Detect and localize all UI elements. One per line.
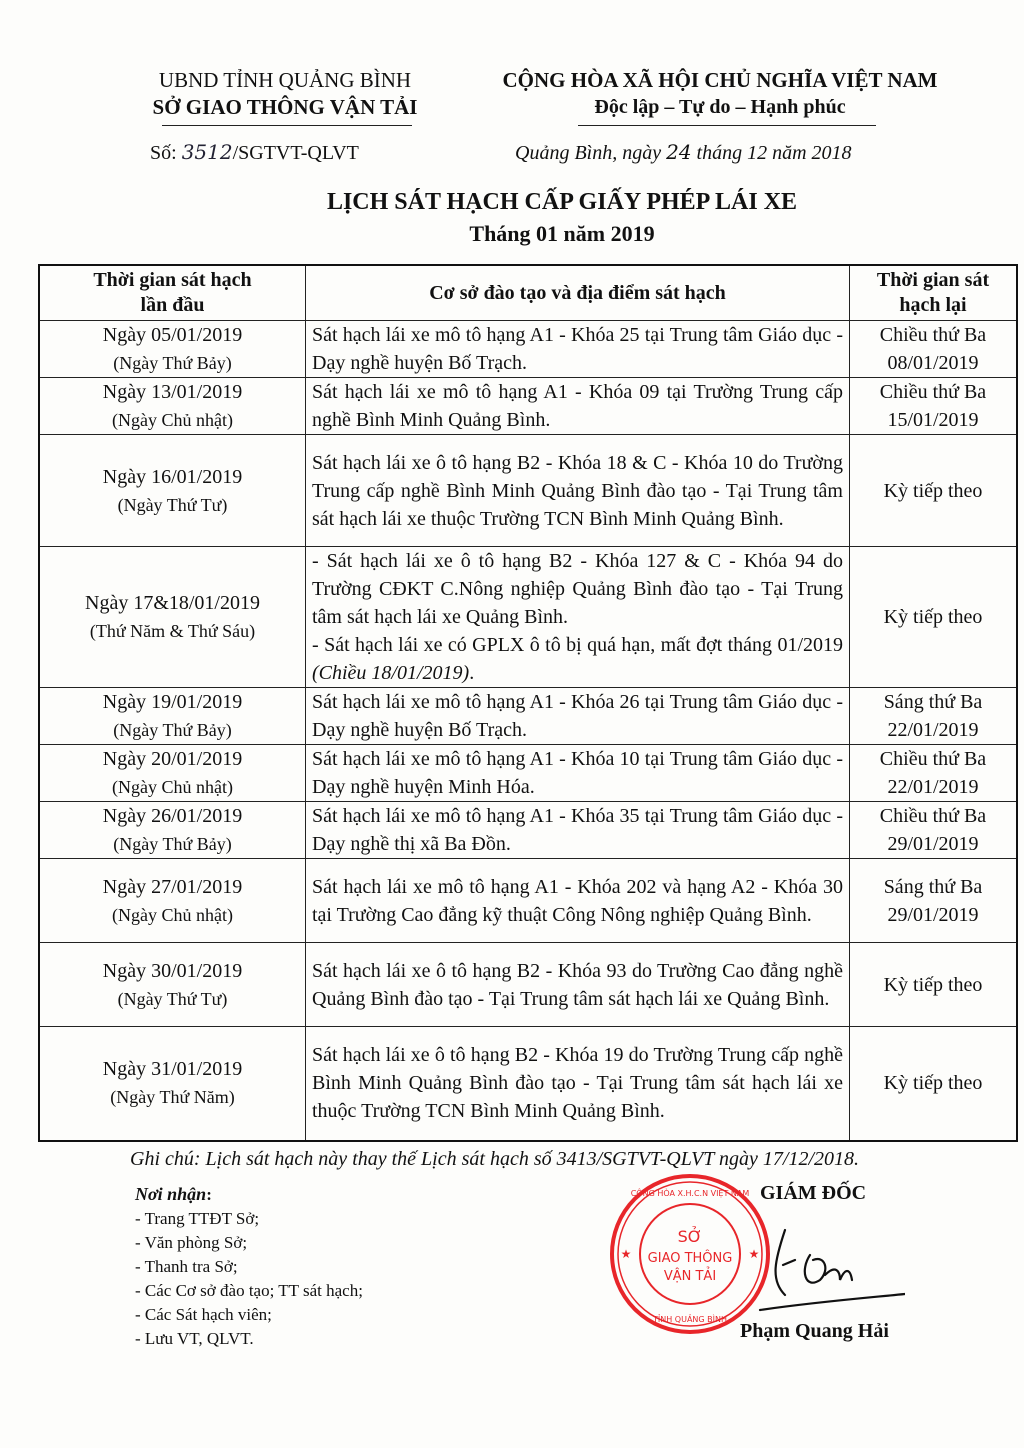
- table-row: Ngày 30/01/2019 (Ngày Thứ Tư) Sát hạch l…: [39, 943, 1017, 1027]
- venue-cell: - Sát hạch lái xe ô tô hạng B2 - Khóa 12…: [306, 547, 850, 688]
- exam-date: Ngày 19/01/2019: [103, 691, 242, 713]
- col-header-first-exam: Thời gian sát hạch lần đầu: [39, 265, 306, 321]
- doc-no-handwritten: 3512: [182, 140, 233, 164]
- document-number: Số: 3512/SGTVT-QLVT: [150, 140, 359, 165]
- col-header-retest: Thời gian sát hạch lại: [850, 265, 1018, 321]
- exam-weekday: (Ngày Chủ nhật): [46, 773, 299, 801]
- retest-date: 29/01/2019: [887, 904, 978, 926]
- retest-time: Sáng thứ Ba: [884, 691, 983, 713]
- svg-text:★: ★: [621, 1247, 632, 1261]
- exam-weekday: (Ngày Chủ nhật): [46, 406, 299, 434]
- first-exam-cell: Ngày 26/01/2019 (Ngày Thứ Bảy): [39, 802, 306, 859]
- retest-date: 22/01/2019: [887, 719, 978, 741]
- retest-time: Kỳ tiếp theo: [884, 1072, 983, 1094]
- exam-weekday: (Ngày Thứ Bảy): [46, 716, 299, 744]
- table-row: Ngày 31/01/2019 (Ngày Thứ Năm) Sát hạch …: [39, 1027, 1017, 1141]
- venue-cell: Sát hạch lái xe mô tô hạng A1 - Khóa 35 …: [306, 802, 850, 859]
- venue-text: Sát hạch lái xe mô tô hạng A1 - Khóa 26 …: [312, 691, 843, 741]
- recipient-item: - Các Cơ sở đào tạo; TT sát hạch;: [135, 1279, 363, 1303]
- exam-weekday: (Ngày Chủ nhật): [46, 901, 299, 929]
- venue-text: - Sát hạch lái xe ô tô hạng B2 - Khóa 12…: [312, 547, 843, 631]
- recipients-colon: :: [206, 1185, 212, 1204]
- venue-cell: Sát hạch lái xe mô tô hạng A1 - Khóa 09 …: [306, 378, 850, 435]
- retest-time: Chiều thứ Ba: [880, 324, 986, 346]
- retest-time: Kỳ tiếp theo: [884, 480, 983, 502]
- issuing-authority: UBND TỈNH QUẢNG BÌNH SỞ GIAO THÔNG VẬN T…: [120, 66, 450, 120]
- exam-weekday: (Ngày Thứ Bảy): [46, 830, 299, 858]
- venue-text-2-time: (Chiều 18/01/2019): [312, 662, 469, 684]
- table-row: Ngày 26/01/2019 (Ngày Thứ Bảy) Sát hạch …: [39, 802, 1017, 859]
- table-row: Ngày 05/01/2019 (Ngày Thứ Bảy) Sát hạch …: [39, 321, 1017, 378]
- venue-text: Sát hạch lái xe mô tô hạng A1 - Khóa 35 …: [312, 805, 843, 855]
- svg-text:SỞ: SỞ: [678, 1226, 703, 1246]
- retest-cell: Sáng thứ Ba 22/01/2019: [850, 688, 1018, 745]
- retest-cell: Kỳ tiếp theo: [850, 435, 1018, 547]
- venue-text: Sát hạch lái xe ô tô hạng B2 - Khóa 19 d…: [312, 1044, 843, 1122]
- doc-no-prefix: Số:: [150, 142, 182, 164]
- exam-weekday: (Ngày Thứ Tư): [46, 491, 299, 519]
- exam-schedule-table: Thời gian sát hạch lần đầu Cơ sở đào tạo…: [38, 264, 1018, 1142]
- venue-cell: Sát hạch lái xe mô tô hạng A1 - Khóa 25 …: [306, 321, 850, 378]
- nation-line-2: Độc lập – Tự do – Hạnh phúc: [440, 94, 1000, 120]
- retest-date: 08/01/2019: [887, 352, 978, 374]
- venue-text: Sát hạch lái xe mô tô hạng A1 - Khóa 202…: [312, 876, 843, 926]
- retest-cell: Chiều thứ Ba 15/01/2019: [850, 378, 1018, 435]
- svg-text:TỈNH QUẢNG BÌNH: TỈNH QUẢNG BÌNH: [652, 1313, 727, 1324]
- exam-weekday: (Ngày Thứ Tư): [46, 985, 299, 1013]
- venue-text: Sát hạch lái xe ô tô hạng B2 - Khóa 18 &…: [312, 452, 843, 530]
- table-row: Ngày 17&18/01/2019 (Thứ Năm & Thứ Sáu) -…: [39, 547, 1017, 688]
- title-line-2: Tháng 01 năm 2019: [0, 218, 1024, 250]
- recipient-item: - Văn phòng Sở;: [135, 1231, 363, 1255]
- first-exam-cell: Ngày 27/01/2019 (Ngày Chủ nhật): [39, 859, 306, 943]
- place-prefix: Quảng Bình, ngày: [515, 142, 666, 164]
- svg-text:GIAO THÔNG: GIAO THÔNG: [648, 1250, 733, 1266]
- venue-text: Sát hạch lái xe mô tô hạng A1 - Khóa 09 …: [312, 381, 843, 431]
- exam-date: Ngày 20/01/2019: [103, 748, 242, 770]
- exam-weekday: (Thứ Năm & Thứ Sáu): [46, 617, 299, 645]
- exam-date: Ngày 17&18/01/2019: [85, 592, 260, 614]
- retest-date: 22/01/2019: [887, 776, 978, 798]
- retest-time: Sáng thứ Ba: [884, 876, 983, 898]
- signatory-name: Phạm Quang Hải: [740, 1320, 889, 1343]
- recipients-heading: Nơi nhận: [135, 1184, 206, 1204]
- table-row: Ngày 20/01/2019 (Ngày Chủ nhật) Sát hạch…: [39, 745, 1017, 802]
- retest-cell: Sáng thứ Ba 29/01/2019: [850, 859, 1018, 943]
- exam-date: Ngày 05/01/2019: [103, 324, 242, 346]
- first-exam-cell: Ngày 17&18/01/2019 (Thứ Năm & Thứ Sáu): [39, 547, 306, 688]
- table-row: Ngày 27/01/2019 (Ngày Chủ nhật) Sát hạch…: [39, 859, 1017, 943]
- recipient-item: - Các Sát hạch viên;: [135, 1303, 363, 1327]
- venue-cell: Sát hạch lái xe mô tô hạng A1 - Khóa 10 …: [306, 745, 850, 802]
- org-line-2: SỞ GIAO THÔNG VẬN TẢI: [120, 94, 450, 120]
- doc-no-suffix: /SGTVT-QLVT: [233, 142, 359, 164]
- exam-date: Ngày 13/01/2019: [103, 381, 242, 403]
- venue-text: Sát hạch lái xe ô tô hạng B2 - Khóa 93 d…: [312, 960, 843, 1010]
- retest-time: Chiều thứ Ba: [880, 805, 986, 827]
- retest-time: Chiều thứ Ba: [880, 381, 986, 403]
- recipient-item: - Trang TTĐT Sở;: [135, 1207, 363, 1231]
- first-exam-cell: Ngày 05/01/2019 (Ngày Thứ Bảy): [39, 321, 306, 378]
- retest-cell: Kỳ tiếp theo: [850, 943, 1018, 1027]
- exam-date: Ngày 16/01/2019: [103, 466, 242, 488]
- nation-line-1: CỘNG HÒA XÃ HỘI CHỦ NGHĨA VIỆT NAM: [440, 66, 1000, 94]
- table-header-row: Thời gian sát hạch lần đầu Cơ sở đào tạo…: [39, 265, 1017, 321]
- exam-date: Ngày 31/01/2019: [103, 1058, 242, 1080]
- table-row: Ngày 16/01/2019 (Ngày Thứ Tư) Sát hạch l…: [39, 435, 1017, 547]
- svg-text:VẬN TẢI: VẬN TẢI: [664, 1267, 716, 1284]
- exam-weekday: (Ngày Thứ Bảy): [46, 349, 299, 377]
- national-motto: CỘNG HÒA XÃ HỘI CHỦ NGHĨA VIỆT NAM Độc l…: [440, 66, 1000, 120]
- retest-date: 29/01/2019: [887, 833, 978, 855]
- svg-text:CỘNG HÒA X.H.C.N VIỆT NAM: CỘNG HÒA X.H.C.N VIỆT NAM: [631, 1187, 750, 1199]
- venue-cell: Sát hạch lái xe ô tô hạng B2 - Khóa 18 &…: [306, 435, 850, 547]
- retest-date: 15/01/2019: [887, 409, 978, 431]
- first-exam-cell: Ngày 19/01/2019 (Ngày Thứ Bảy): [39, 688, 306, 745]
- venue-cell: Sát hạch lái xe ô tô hạng B2 - Khóa 93 d…: [306, 943, 850, 1027]
- venue-text-2-end: .: [469, 662, 474, 684]
- org-underline: [162, 125, 412, 126]
- venue-text: Sát hạch lái xe mô tô hạng A1 - Khóa 10 …: [312, 748, 843, 798]
- retest-time: Kỳ tiếp theo: [884, 974, 983, 996]
- venue-text-2-main: - Sát hạch lái xe có GPLX ô tô bị quá hạ…: [312, 634, 843, 656]
- handwritten-signature-icon: [755, 1210, 905, 1320]
- table-row: Ngày 13/01/2019 (Ngày Chủ nhật) Sát hạch…: [39, 378, 1017, 435]
- place-day-handwritten: 24: [666, 140, 691, 164]
- org-line-1: UBND TỈNH QUẢNG BÌNH: [120, 66, 450, 94]
- note: Ghi chú: Lịch sát hạch này thay thế Lịch…: [130, 1148, 859, 1171]
- official-stamp-icon: SỞ GIAO THÔNG VẬN TẢI ★ ★ CỘNG HÒA X.H.C…: [608, 1172, 772, 1336]
- first-exam-cell: Ngày 20/01/2019 (Ngày Chủ nhật): [39, 745, 306, 802]
- exam-date: Ngày 26/01/2019: [103, 805, 242, 827]
- document-title: LỊCH SÁT HẠCH CẤP GIẤY PHÉP LÁI XE Tháng…: [0, 186, 1024, 250]
- title-line-1: LỊCH SÁT HẠCH CẤP GIẤY PHÉP LÁI XE: [0, 186, 1024, 218]
- venue-cell: Sát hạch lái xe ô tô hạng B2 - Khóa 19 d…: [306, 1027, 850, 1141]
- venue-cell: Sát hạch lái xe mô tô hạng A1 - Khóa 202…: [306, 859, 850, 943]
- col-header-venue: Cơ sở đào tạo và địa điểm sát hạch: [306, 265, 850, 321]
- signatory-title: GIÁM ĐỐC: [760, 1182, 866, 1205]
- venue-text: Sát hạch lái xe mô tô hạng A1 - Khóa 25 …: [312, 324, 843, 374]
- exam-date: Ngày 30/01/2019: [103, 960, 242, 982]
- recipients-block: Nơi nhận: - Trang TTĐT Sở; - Văn phòng S…: [135, 1182, 363, 1351]
- retest-time: Kỳ tiếp theo: [884, 606, 983, 628]
- recipient-item: - Lưu VT, QLVT.: [135, 1327, 363, 1351]
- motto-underline: [578, 125, 876, 126]
- venue-text-2: - Sát hạch lái xe có GPLX ô tô bị quá hạ…: [312, 631, 843, 687]
- retest-cell: Kỳ tiếp theo: [850, 547, 1018, 688]
- retest-cell: Kỳ tiếp theo: [850, 1027, 1018, 1141]
- exam-weekday: (Ngày Thứ Năm): [46, 1083, 299, 1111]
- retest-cell: Chiều thứ Ba 08/01/2019: [850, 321, 1018, 378]
- retest-cell: Chiều thứ Ba 22/01/2019: [850, 745, 1018, 802]
- place-date: Quảng Bình, ngày 24 tháng 12 năm 2018: [515, 140, 852, 165]
- table-row: Ngày 19/01/2019 (Ngày Thứ Bảy) Sát hạch …: [39, 688, 1017, 745]
- venue-cell: Sát hạch lái xe mô tô hạng A1 - Khóa 26 …: [306, 688, 850, 745]
- exam-date: Ngày 27/01/2019: [103, 876, 242, 898]
- retest-cell: Chiều thứ Ba 29/01/2019: [850, 802, 1018, 859]
- recipient-item: - Thanh tra Sở;: [135, 1255, 363, 1279]
- place-suffix: tháng 12 năm 2018: [692, 142, 852, 164]
- first-exam-cell: Ngày 13/01/2019 (Ngày Chủ nhật): [39, 378, 306, 435]
- first-exam-cell: Ngày 30/01/2019 (Ngày Thứ Tư): [39, 943, 306, 1027]
- first-exam-cell: Ngày 31/01/2019 (Ngày Thứ Năm): [39, 1027, 306, 1141]
- retest-time: Chiều thứ Ba: [880, 748, 986, 770]
- first-exam-cell: Ngày 16/01/2019 (Ngày Thứ Tư): [39, 435, 306, 547]
